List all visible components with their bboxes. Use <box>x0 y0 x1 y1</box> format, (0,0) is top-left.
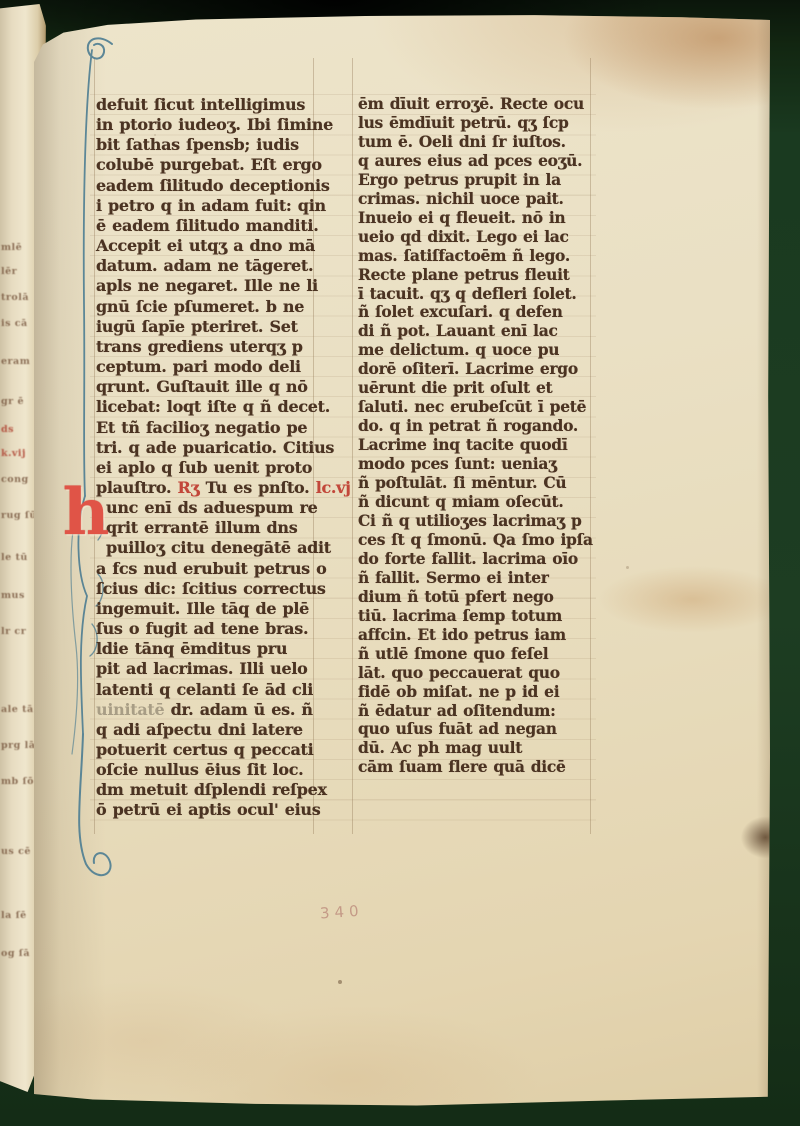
text-line: quo uſus fuāt ad negan <box>358 720 590 739</box>
text-line: crimas. nichil uoce pait. <box>358 190 590 209</box>
verso-text-fragment: trolā <box>1 292 29 303</box>
manuscript-page: defuit ſicut intelligimusin ptorio iudeo… <box>34 14 770 1106</box>
verso-text-fragment: lr cr <box>1 626 26 637</box>
text-line: unc enī ds aduespum re <box>96 498 320 518</box>
text-segment: Tu es pnſto. <box>199 478 309 497</box>
verso-text-fragment: cong <box>1 474 29 485</box>
ruling-line <box>590 58 591 834</box>
decorated-initial: h <box>54 476 118 554</box>
text-line: colubē purgebat. Eſt ergo <box>96 155 320 175</box>
text-line: do. q in petrat ñ rogando. <box>358 417 590 436</box>
verso-text-fragment: ds <box>1 424 14 435</box>
text-line: ō petrū ei aptis ocul' eius <box>96 800 320 820</box>
text-line: uērunt die prit oſult et <box>358 379 590 398</box>
text-line: defuit ſicut intelligimus <box>96 95 320 115</box>
left-text-column: defuit ſicut intelligimusin ptorio iudeo… <box>96 95 320 821</box>
text-line: ñ ſolet excuſari. q defen <box>358 303 590 322</box>
verso-text-fragment: la ſē <box>1 910 27 921</box>
text-line: ldie tānq ēmditus pru <box>96 639 320 659</box>
verso-text-fragment: k.vij <box>1 448 26 459</box>
stain <box>154 134 156 136</box>
rubric-text-line: plauſtro. Rʒ Tu es pnſto. lc.vj <box>96 478 320 498</box>
text-line: ces ſt q ſmonū. Qa ſmo ipſa <box>358 531 590 550</box>
text-line: Accepit ei utqʒ a dno mā <box>96 236 320 256</box>
text-line: tiū. lacrima ſemp totum <box>358 607 590 626</box>
verso-text-fragment: mlē <box>1 242 22 253</box>
text-line: q adi aſpectu dni latere <box>96 720 320 740</box>
text-line: do forte fallit. lacrima oīo <box>358 550 590 569</box>
verso-text-fragment: prg lā <box>1 740 35 751</box>
text-line: trans grediens uterqʒ p <box>96 337 320 357</box>
text-line: tum ē. Oeli dni ſr iuſtos. <box>358 133 590 152</box>
verso-text-fragment: eram <box>1 356 30 367</box>
text-line: ñ fallit. Sermo ei inter <box>358 569 590 588</box>
text-line: lus ēmdīuit petrū. qʒ ſcp <box>358 114 590 133</box>
text-line: ñ utlē ſmone quo feſel <box>358 645 590 664</box>
text-line: iugū ſapīe pteriret. Set <box>96 317 320 337</box>
stain <box>626 566 629 569</box>
verso-text-fragment: us cē <box>1 846 31 857</box>
text-line: me delictum. q uoce pu <box>358 341 590 360</box>
text-line: Inueio ei q fleueit. nō in <box>358 209 590 228</box>
rubric-segment: lc.vj <box>309 478 350 497</box>
text-segment: uinitatē <box>96 700 164 719</box>
verso-text-fragment: lēr <box>1 266 17 277</box>
text-line: Ci ñ q utilioʒes lacrimaʒ p <box>358 512 590 531</box>
text-line: eadem ſilitudo deceptionis <box>96 176 320 196</box>
text-line: ingemuit. Ille tāq de plē <box>96 599 320 619</box>
text-line: fidē ob miſat. ne p id ei <box>358 683 590 702</box>
text-line: affcin. Et ido petrus iam <box>358 626 590 645</box>
verso-text-fragment: gr ē <box>1 396 24 407</box>
text-line: ī tacuit. qʒ q defleri ſolet. <box>358 285 590 304</box>
text-line: ēm dīuit erroʒē. Recte ocu <box>358 95 590 114</box>
text-line: ñ ēdatur ad oſitendum: <box>358 702 590 721</box>
text-segment: dr. adam ū es. ñ <box>164 700 312 719</box>
text-line: mas. ſatiſfactoēm ñ lego. <box>358 247 590 266</box>
text-line: q aures eius ad pces eoʒū. <box>358 152 590 171</box>
text-line: di ñ pot. Lauant enī lac <box>358 322 590 341</box>
text-line: ſus o fugit ad tene bras. <box>96 619 320 639</box>
text-line: dū. Ac ph mag uult <box>358 739 590 758</box>
text-line: i petro q in adam fuit: qin <box>96 196 320 216</box>
right-text-column: ēm dīuit erroʒē. Recte oculus ēmdīuit pe… <box>358 95 590 777</box>
text-line: latenti q celanti ſe ād cli <box>96 680 320 700</box>
text-line: puilloʒ citu denegātē adit <box>96 538 320 558</box>
rubric-text-line: uinitatē dr. adam ū es. ñ <box>96 700 320 720</box>
text-line: Lacrime inq tacite quodī <box>358 436 590 455</box>
text-line: modo pces ſunt: ueniaʒ <box>358 455 590 474</box>
text-line: qrit errantē illum dns <box>96 518 320 538</box>
text-line: Et tñ facilioʒ negatio pe <box>96 418 320 438</box>
text-line: oſcie nullus ēius ſit loc. <box>96 760 320 780</box>
text-line: ñ dicunt q miam oſecūt. <box>358 493 590 512</box>
text-line: a fcs nud erubuit petrus o <box>96 559 320 579</box>
text-line: ſaluti. nec erubeſcūt ī petē <box>358 398 590 417</box>
text-line: Ergo petrus prupit in la <box>358 171 590 190</box>
text-line: in ptorio iudeoʒ. Ibi ſimine <box>96 115 320 135</box>
text-line: lāt. quo peccauerat quo <box>358 664 590 683</box>
verso-text-fragment: ale tā <box>1 704 34 715</box>
text-line: datum. adam ne tāgeret. <box>96 256 320 276</box>
text-line: licebat: loqt iſte q ñ decet. <box>96 397 320 417</box>
text-line: ñ poſtulāt. ſi mēntur. Cū <box>358 474 590 493</box>
text-line: ē eadem ſilitudo manditi. <box>96 216 320 236</box>
text-line: dium ñ totū pfert nego <box>358 588 590 607</box>
text-line: bit ſathas ſpensb; iudis <box>96 135 320 155</box>
text-line: pit ad lacrimas. Illi uelo <box>96 659 320 679</box>
text-line: potuerit certus q peccati <box>96 740 320 760</box>
rubric-segment: Rʒ <box>171 478 199 497</box>
text-line: apls ne negaret. Ille ne li <box>96 276 320 296</box>
verso-text-fragment: rug ſū <box>1 510 37 521</box>
ruling-line <box>94 58 95 834</box>
text-line: tri. q ade puaricatio. Citius <box>96 438 320 458</box>
text-line: cām ſuam flere quā dicē <box>358 758 590 777</box>
text-line: dm metuit dſplendi reſpex <box>96 780 320 800</box>
text-line: gnū ſcie pſumeret. b ne <box>96 297 320 317</box>
verso-text-fragment: mb ſō <box>1 776 34 787</box>
text-line: ueio qd dixit. Lego ei lac <box>358 228 590 247</box>
manuscript-photo: mlēlērtrolāis cāeramgr ēdsk.vijcongrug ſ… <box>0 0 800 1126</box>
text-line: dorē oſiterī. Lacrime ergo <box>358 360 590 379</box>
text-line: qrunt. Guſtauit ille q nō <box>96 377 320 397</box>
text-line: ei aplo q ſub uenit proto <box>96 458 320 478</box>
verso-text-fragment: og ſā <box>1 948 30 959</box>
verso-text-fragment: le tū <box>1 552 28 563</box>
folio-number: 340 <box>319 901 364 922</box>
verso-text-fragment: is cā <box>1 318 28 329</box>
text-line: Recte plane petrus fleuit <box>358 266 590 285</box>
ruling-line <box>352 58 353 834</box>
text-line: ſcius dic: ſcitius correctus <box>96 579 320 599</box>
stain <box>338 980 342 984</box>
text-line: ceptum. pari modo deli <box>96 357 320 377</box>
verso-text-fragment: mus <box>1 590 25 601</box>
